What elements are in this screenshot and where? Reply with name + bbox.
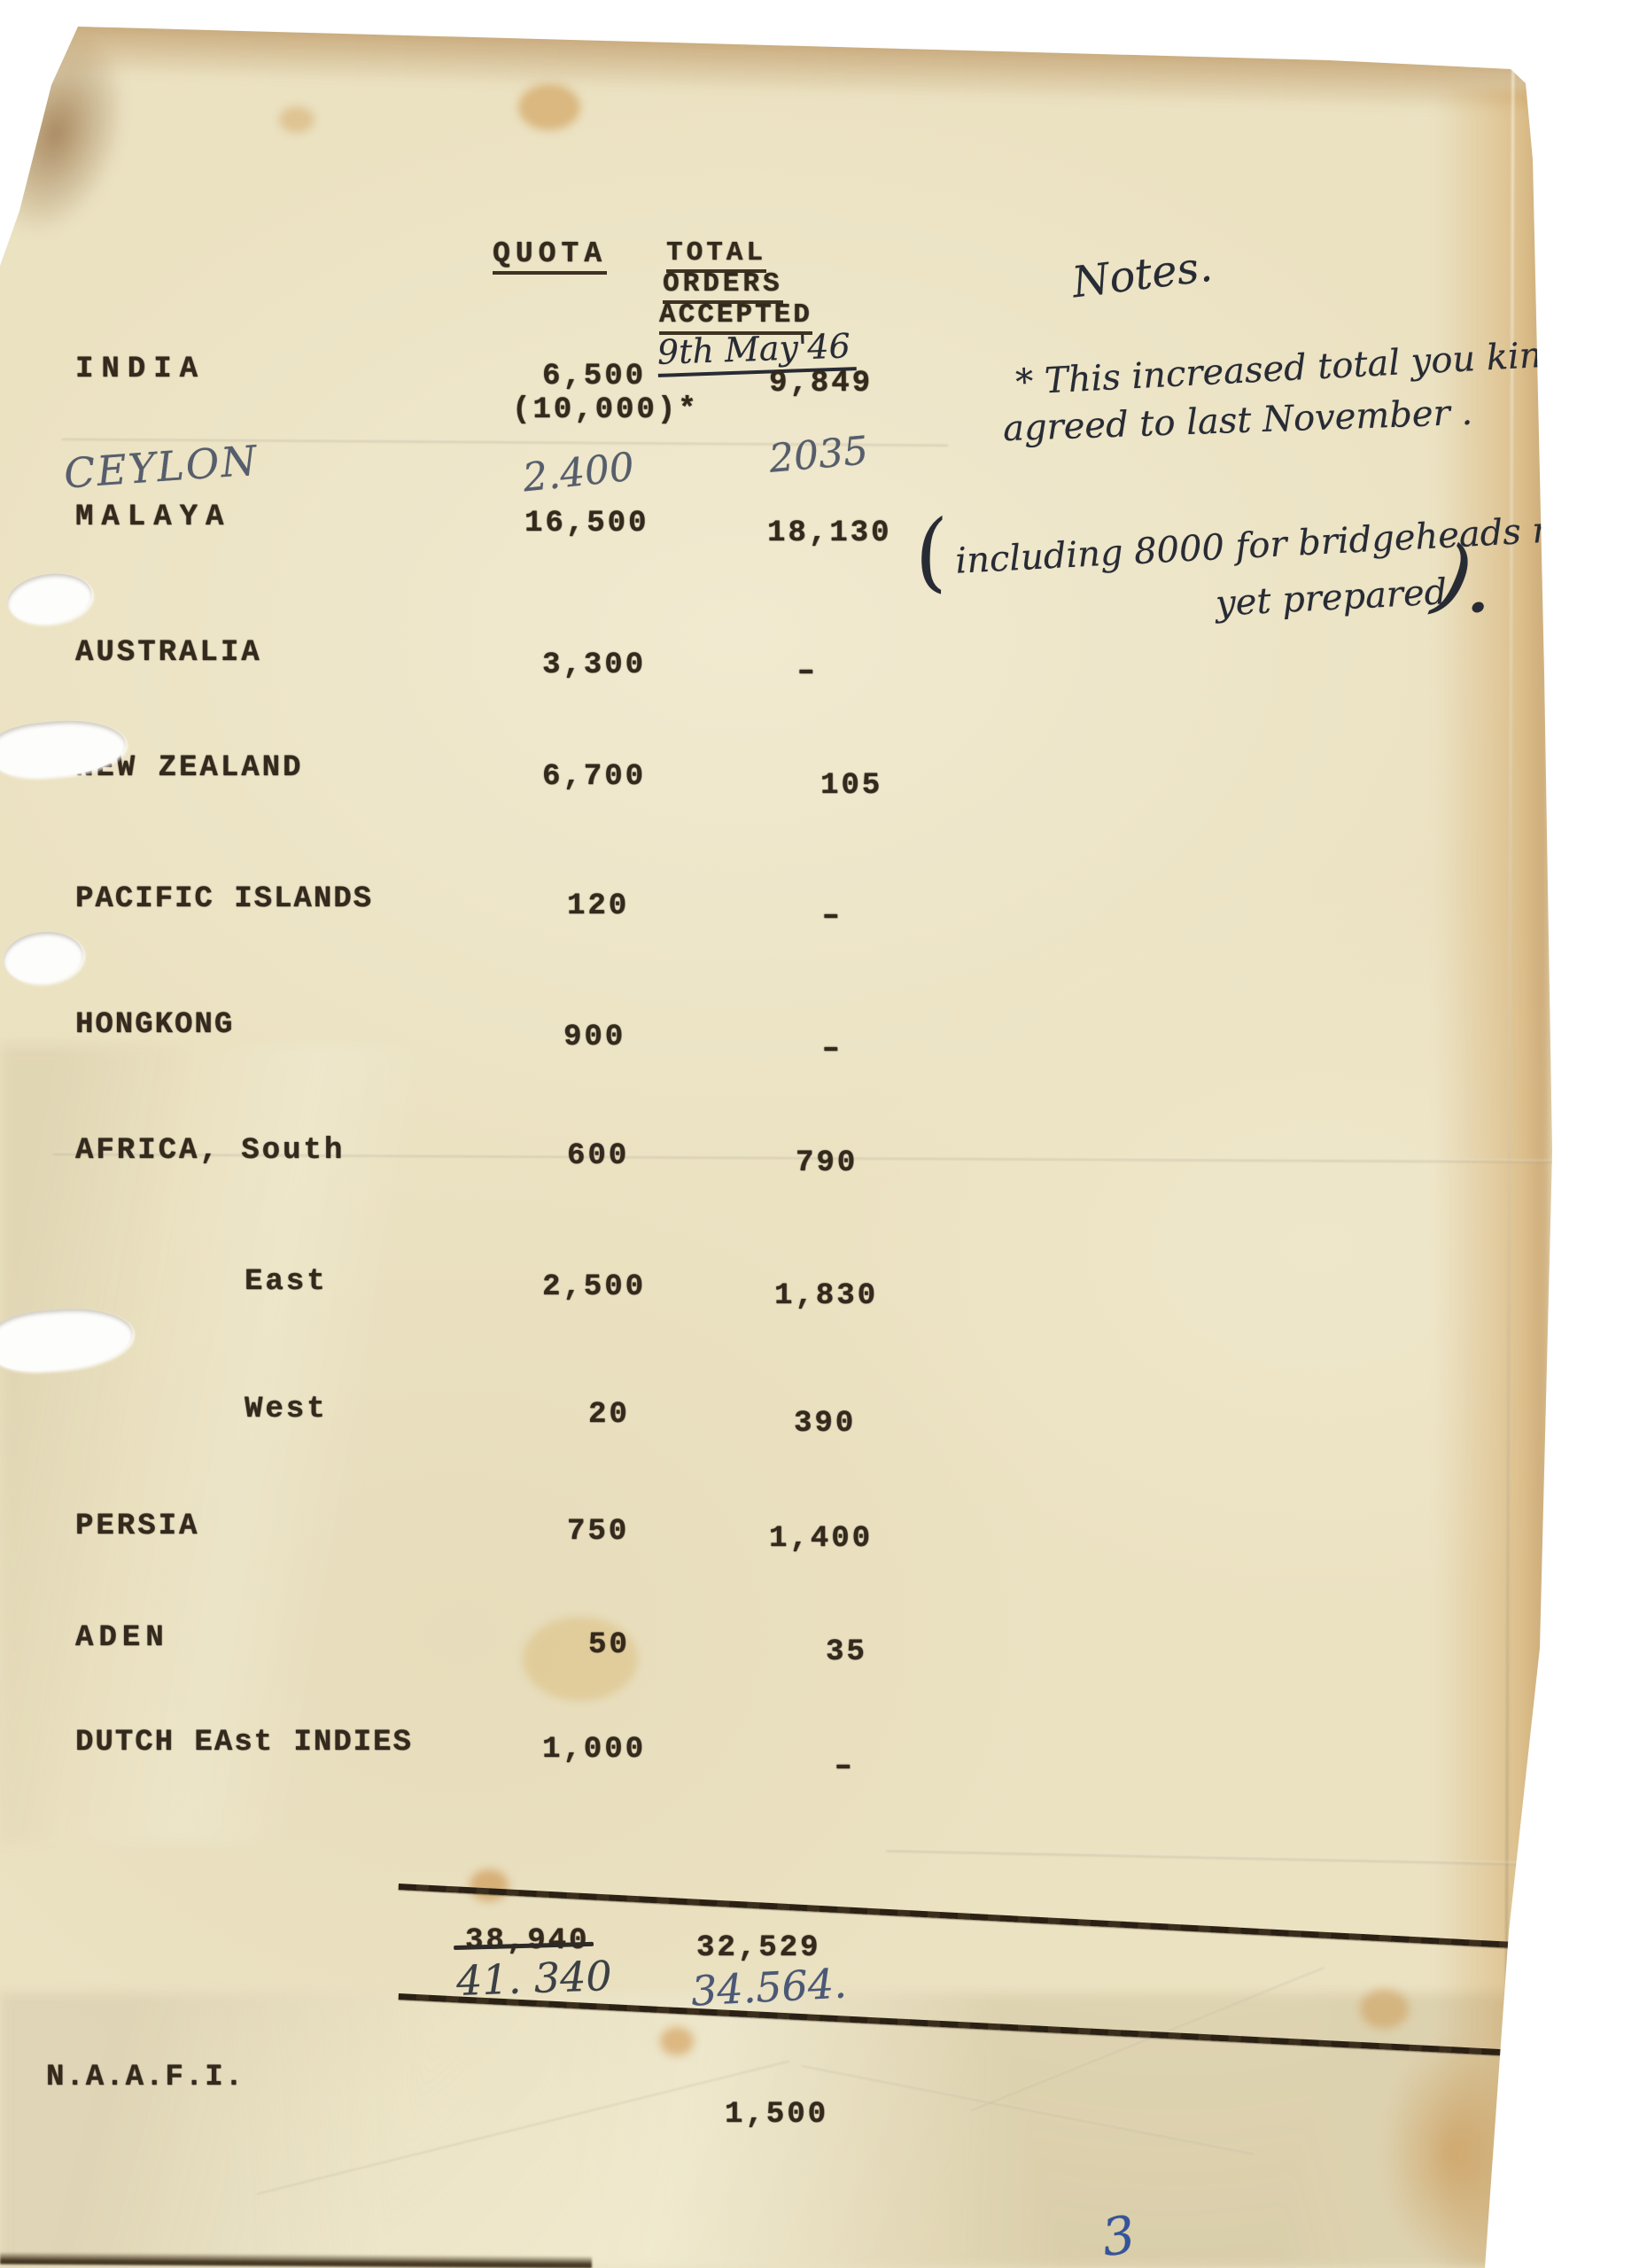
paper-sheet: QUOTA TOTAL ORDERS ACCEPTED 9th May'46 N… — [0, 0, 1647, 2268]
column-header-orders: ORDERS — [663, 268, 783, 304]
row-label-africa-south: AFRICA, South — [75, 1134, 345, 1168]
quota-hongkong: 900 — [563, 1021, 625, 1054]
row-label-persia: PERSIA — [75, 1510, 199, 1543]
india-note-line1: * This increased total you kindly — [1014, 332, 1597, 403]
row-label-pacific-islands: PACIFIC ISLANDS — [75, 882, 373, 916]
quota-persia: 750 — [567, 1515, 629, 1549]
stain-spot — [279, 106, 315, 133]
orders-australia-dash: - — [792, 656, 822, 689]
quota-aden: 50 — [588, 1628, 630, 1662]
quota-africa-west: 20 — [588, 1398, 630, 1432]
row-label-africa-east: East — [245, 1265, 328, 1299]
orders-persia: 1,400 — [769, 1522, 873, 1556]
orders-india: 9,849 — [769, 367, 873, 400]
row-label-hongkong: HONGKONG — [75, 1008, 234, 1042]
row-label-india: INDIA — [75, 353, 206, 386]
orders-hongkong-dash: - — [817, 1033, 847, 1067]
crease-line — [802, 2064, 1255, 2154]
orders-pacific-islands-dash: - — [817, 900, 847, 934]
total-orders-handwritten: 34.564. — [690, 1959, 848, 2015]
row-label-aden: ADEN — [75, 1621, 169, 1655]
quota-dutch-east-indies: 1,000 — [542, 1733, 646, 1767]
quota-malaya: 16,500 — [524, 507, 649, 540]
quota-new-zealand: 6,700 — [542, 760, 646, 794]
orders-africa-west: 390 — [794, 1407, 856, 1441]
quota-india-revised: (10,000)* — [512, 393, 699, 427]
row-label-ceylon: CEYLON — [62, 436, 260, 497]
orders-naafi: 1,500 — [725, 2098, 828, 2132]
fold-crease-vertical — [1504, 62, 1515, 2268]
column-header-quota: QUOTA — [493, 237, 607, 275]
row-label-malaya: MALAYA — [75, 501, 231, 534]
row-label-australia: AUSTRALIA — [75, 636, 262, 670]
blue-ink-page-mark: 3 — [1098, 2204, 1138, 2268]
quota-pacific-islands: 120 — [567, 889, 629, 923]
orders-ceylon: 2035 — [767, 428, 870, 482]
scanned-document-page: QUOTA TOTAL ORDERS ACCEPTED 9th May'46 N… — [0, 0, 1647, 2268]
crease-line — [886, 1849, 1647, 1868]
burnt-top-left-corner — [0, 12, 151, 255]
quota-australia: 3,300 — [542, 649, 646, 682]
malaya-note-open-paren: ( — [906, 503, 956, 605]
orders-aden: 35 — [826, 1635, 867, 1669]
quota-africa-east: 2,500 — [542, 1270, 646, 1304]
row-label-dutch-east-indies: DUTCH EAst INDIES — [75, 1726, 413, 1759]
orders-africa-south: 790 — [796, 1146, 858, 1180]
malaya-note-line2: yet prepared — [1215, 571, 1448, 625]
row-label-africa-west: West — [245, 1393, 328, 1426]
stain-spot — [470, 1869, 509, 1901]
stain-spot — [1360, 1989, 1409, 2029]
stain-spot — [518, 84, 580, 130]
burnt-top-edge — [0, 0, 1647, 120]
total-orders-typed: 32,529 — [696, 1931, 820, 1965]
row-label-naafi: N.A.A.F.I. — [46, 2061, 245, 2094]
quota-ceylon: 2.400 — [521, 445, 637, 501]
bottom-right-stain — [1382, 2038, 1524, 2268]
crease-line — [256, 2060, 789, 2194]
quota-india: 6,500 — [542, 360, 646, 393]
column-header-total: TOTAL — [666, 237, 766, 273]
totals-rule-bottom — [399, 1993, 1645, 2062]
india-note-line2: agreed to last November . — [1002, 392, 1472, 449]
orders-malaya: 18,130 — [767, 517, 891, 550]
orders-new-zealand: 105 — [820, 769, 882, 803]
orders-dutch-east-indies-dash: - — [829, 1751, 859, 1784]
quota-africa-south: 600 — [567, 1139, 629, 1173]
orders-africa-east: 1,830 — [774, 1279, 878, 1313]
notes-heading: Notes. — [1069, 242, 1215, 308]
stain-spot — [660, 2027, 694, 2055]
